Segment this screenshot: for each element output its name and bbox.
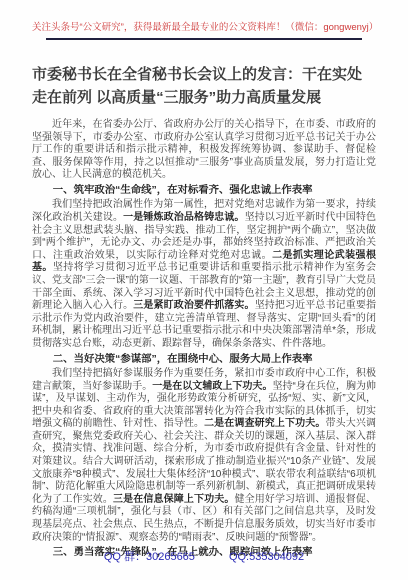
document-body: 近年来，在省委办公厅、省政府办公厅的关心指导下，在市委、市政府的坚强领导下，市委… <box>32 119 376 560</box>
section-heading: 一、筑牢政治“生命线”，在对标看齐、强化忠诚上作表率 <box>32 184 376 197</box>
qq-group-number: QQ 群：30265665 <box>104 551 195 564</box>
emphasis-run: 三是在信息保障上下功夫。 <box>113 494 234 505</box>
section-heading: 二、当好决策“参谋部”，在围绕中心、服务大局上作表率 <box>32 353 376 366</box>
document-title: 市委秘书长在全省秘书长会议上的发言：干在实处 走在前列 以高质量“三服务”助力高… <box>32 64 376 109</box>
promo-banner: 关注头条号“公文研究”，获得最新最全最专业的公文资料库！（微信：gongweny… <box>32 22 376 34</box>
qq-number: QQ:535304092 <box>229 551 304 564</box>
paragraph: 我们坚持把政治属性作为第一属性，把对党绝对忠诚作为第一要求，持续深化政治机关建设… <box>32 199 376 350</box>
emphasis-run: 一是锤炼政治品格铸忠诚。 <box>123 212 244 223</box>
emphasis-run: 二是在调查研究上下功夫。 <box>204 418 325 429</box>
footer-contact: QQ 群：30265665QQ:535304092 <box>0 551 408 564</box>
emphasis-run: 一是在以文辅政上下功夫。 <box>152 381 272 392</box>
header-divider <box>46 38 362 40</box>
paragraph: 近年来，在省委办公厅、省政府办公厅的关心指导下，在市委、市政府的坚强领导下，市委… <box>32 119 376 182</box>
text-run: 带头大兴调查研究，聚焦党委政府关心、社会关注、群众关切的课题，深入基层、深入群众… <box>32 418 376 505</box>
emphasis-run: 三是紧盯政治要件抓落实。 <box>133 300 254 311</box>
promo-banner-text: 关注头条号“公文研究”，获得最新最全最专业的公文资料库！（微信：gongweny… <box>32 22 378 33</box>
paragraph: 我们坚持把搞好参谋服务作为重要任务，紧扣市委市政府中心工作，积极建言献策，当好参… <box>32 368 376 544</box>
document-page: 关注头条号“公文研究”，获得最新最全最专业的公文资料库！（微信：gongweny… <box>0 0 408 580</box>
text-run: 近年来，在省委办公厅、省政府办公厅的关心指导下，在市委、市政府的坚强领导下，市委… <box>32 119 376 180</box>
